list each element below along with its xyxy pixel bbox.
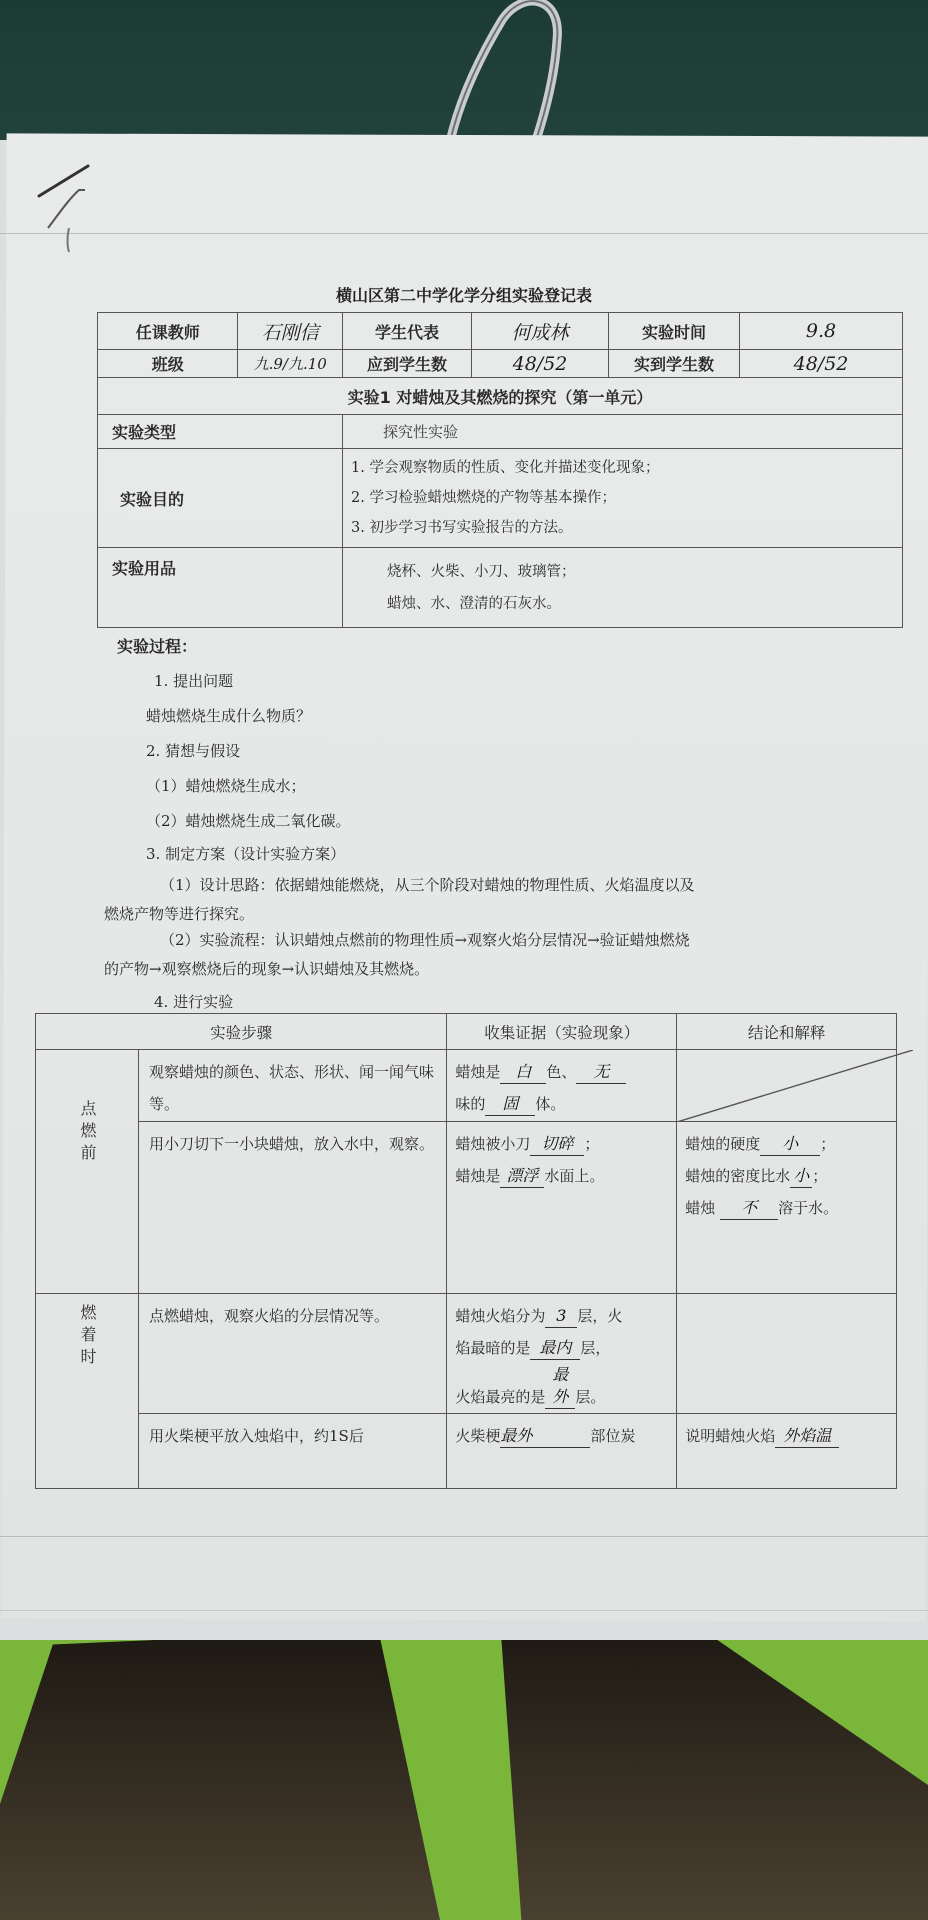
goal-item: 3. 初步学习书写实验报告的方法。 (351, 513, 902, 543)
header-conclusion: 结论和解释 (677, 1014, 897, 1050)
conclusion-text: 蜡烛的密度比水 (685, 1167, 790, 1185)
flow-line2: 的产物→观察燃烧后的现象→认识蜡烛及其燃烧。 (104, 958, 429, 979)
handwritten-answer: 小 (760, 1133, 820, 1156)
goal-item: 1. 学会观察物质的性质、变化并描述变化现象； (351, 453, 902, 483)
supplies-item: 蜡烛、水、澄清的石灰水。 (387, 588, 902, 620)
handwritten-answer: 3 (545, 1305, 577, 1328)
supplies-item: 烧杯、火柴、小刀、玻璃管； (387, 556, 902, 588)
step3-title: 3. 制定方案（设计实验方案） (146, 843, 345, 864)
evidence-text: 色、 (546, 1063, 576, 1081)
stage-label: 点燃前 (70, 1100, 104, 1166)
evidence-text: 焰最暗的是 (455, 1339, 530, 1357)
evidence-text: ； (584, 1135, 599, 1153)
class-value: 九.9/九.10 (238, 350, 343, 378)
goal-list: 1. 学会观察物质的性质、变化并描述变化现象； 2. 学习检验蜡烛燃烧的产物等基… (343, 449, 903, 548)
handwritten-answer: 切碎 (530, 1133, 584, 1156)
handwritten-page-mark (33, 160, 93, 260)
handwritten-answer: 漂浮 (500, 1165, 544, 1188)
supplies-list: 烧杯、火柴、小刀、玻璃管； 蜡烛、水、澄清的石灰水。 (343, 548, 903, 628)
conclusion-text: ； (812, 1167, 827, 1185)
conclusion-text: 蜡烛的硬度 (685, 1135, 760, 1153)
type-label: 实验类型 (98, 415, 343, 449)
evidence-cell: 蜡烛是白色、无 味的固体。 (447, 1050, 677, 1122)
conclusion-cell-crossed (677, 1050, 897, 1122)
design-idea-line1: （1）设计思路：依据蜡烛能燃烧，从三个阶段对蜡烛的物理性质、火焰温度以及 (160, 874, 695, 895)
step-cell: 观察蜡烛的颜色、状态、形状、闻一闻气味等。 (139, 1050, 447, 1122)
flow-line1: （2）实验流程：认识蜡烛点燃前的物理性质→观察火焰分层情况→验证蜡烛燃烧 (160, 929, 690, 950)
handwritten-answer: 不 (720, 1197, 778, 1220)
experiment-title: 实验1 对蜡烛及其燃烧的探究（第一单元） (98, 378, 903, 415)
expected-value: 48/52 (472, 350, 609, 378)
evidence-text: 水面上。 (544, 1167, 604, 1185)
conclusion-text: ； (820, 1135, 835, 1153)
info-table: 任课教师 石刚信 学生代表 何成林 实验时间 9.8 班级 九.9/九.10 应… (97, 312, 903, 628)
step-cell: 点燃蜡烛，观察火焰的分层情况等。 (139, 1294, 447, 1414)
date-value: 9.8 (740, 313, 903, 350)
conclusion-cell: 说明蜡烛火焰外焰温 (677, 1414, 897, 1489)
evidence-text: 层，火 (577, 1307, 622, 1325)
step4-title: 4. 进行实验 (154, 991, 233, 1012)
evidence-cell: 火柴梗最外部位炭 (447, 1414, 677, 1489)
goal-item: 2. 学习检验蜡烛燃烧的产物等基本操作； (351, 483, 902, 513)
step2-title: 2. 猜想与假设 (146, 740, 240, 761)
class-label: 班级 (98, 350, 238, 378)
evidence-text: 火焰最亮的是 (455, 1388, 545, 1406)
actual-value: 48/52 (740, 350, 903, 378)
hypothesis-2: （2）蜡烛燃烧生成二氧化碳。 (146, 810, 351, 831)
process-heading: 实验过程： (117, 634, 197, 657)
evidence-text: 部位炭 (590, 1427, 635, 1445)
step1-question: 蜡烛燃烧生成什么物质？ (146, 705, 311, 726)
fold-line (0, 1536, 928, 1537)
handwritten-answer: 固 (485, 1093, 535, 1116)
evidence-text: 味的 (455, 1095, 485, 1113)
paper-edge (0, 1610, 928, 1611)
diagonal-line-icon (677, 1050, 913, 1122)
header-evidence: 收集证据（实验现象） (447, 1014, 677, 1050)
stage-burning: 燃着时 (36, 1294, 139, 1489)
evidence-text: 蜡烛是 (455, 1167, 500, 1185)
stage-before-ignition: 点燃前 (36, 1050, 139, 1294)
handwritten-answer: 最外 (545, 1364, 575, 1409)
fold-line (0, 233, 928, 234)
handwritten-answer: 无 (576, 1061, 626, 1084)
evidence-text: 蜡烛是 (455, 1063, 500, 1081)
left-leg (0, 1630, 440, 1920)
evidence-text: 火柴梗 (455, 1427, 500, 1445)
stage-label: 燃着时 (70, 1304, 104, 1370)
handwritten-answer: 最外 (500, 1425, 590, 1448)
expected-label: 应到学生数 (343, 350, 472, 378)
supplies-label: 实验用品 (98, 548, 343, 628)
date-label: 实验时间 (609, 313, 740, 350)
handwritten-answer: 白 (500, 1061, 546, 1084)
handwritten-answer: 小 (790, 1165, 812, 1188)
step-cell: 用火柴梗平放入烛焰中，约1S后 (139, 1414, 447, 1489)
handwritten-answer: 最内 (530, 1337, 580, 1360)
document-title: 横山区第二中学化学分组实验登记表 (0, 283, 928, 306)
evidence-text: 蜡烛火焰分为 (455, 1307, 545, 1325)
handwritten-answer: 外焰温 (775, 1425, 839, 1448)
step1-title: 1. 提出问题 (154, 670, 233, 691)
evidence-cell: 蜡烛被小刀切碎； 蜡烛是漂浮水面上。 (447, 1122, 677, 1294)
header-steps: 实验步骤 (36, 1014, 447, 1050)
conclusion-cell (677, 1294, 897, 1414)
experiment-table: 实验步骤 收集证据（实验现象） 结论和解释 点燃前 观察蜡烛的颜色、状态、形状、… (35, 1013, 897, 1489)
step-cell: 用小刀切下一小块蜡烛，放入水中，观察。 (139, 1122, 447, 1294)
goal-label: 实验目的 (98, 449, 343, 548)
conclusion-text: 蜡烛 (685, 1199, 715, 1217)
evidence-cell: 蜡烛火焰分为3层，火 焰最暗的是最内层， 火焰最亮的是最外层。 (447, 1294, 677, 1414)
evidence-text: 层。 (575, 1388, 605, 1406)
actual-label: 实到学生数 (609, 350, 740, 378)
evidence-text: 体。 (535, 1095, 565, 1113)
teacher-value: 石刚信 (238, 313, 343, 350)
evidence-text: 蜡烛被小刀 (455, 1135, 530, 1153)
type-value: 探究性实验 (343, 415, 903, 449)
conclusion-cell: 蜡烛的硬度小； 蜡烛的密度比水小； 蜡烛 不溶于水。 (677, 1122, 897, 1294)
student-rep-value: 何成林 (472, 313, 609, 350)
design-idea-line2: 燃烧产物等进行探究。 (104, 903, 254, 924)
hypothesis-1: （1）蜡烛燃烧生成水； (146, 775, 306, 796)
evidence-text: 层， (580, 1339, 610, 1357)
conclusion-text: 说明蜡烛火焰 (685, 1427, 775, 1445)
teacher-label: 任课教师 (98, 313, 238, 350)
student-rep-label: 学生代表 (343, 313, 472, 350)
conclusion-text: 溶于水。 (778, 1199, 838, 1217)
